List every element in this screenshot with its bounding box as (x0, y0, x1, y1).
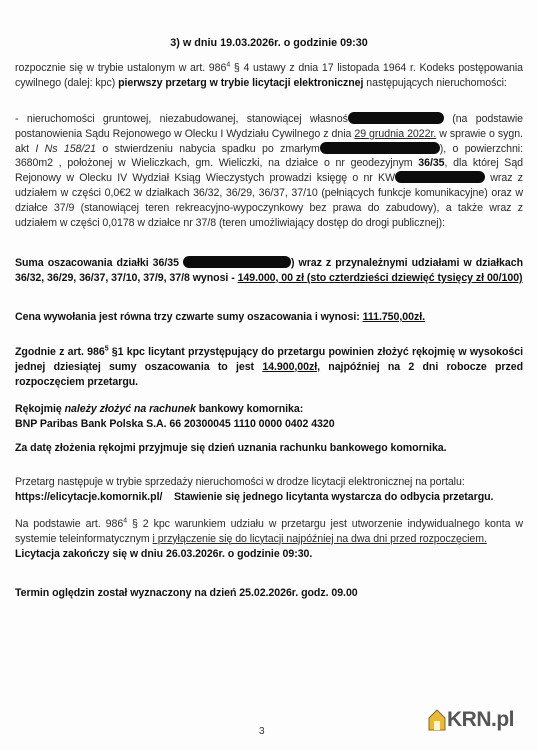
inspection-paragraph: Termin oględzin został wyznaczony na dzi… (15, 586, 523, 601)
redacted-deceased (320, 142, 440, 154)
account-text: bankowy komornika: (196, 403, 303, 415)
deposit-text: Zgodnie z art. 986 (15, 346, 105, 358)
account-paragraph: Rękojmię należy złożyć na rachunek banko… (15, 402, 523, 432)
deposit-amount: 14.900,00zł, (262, 361, 320, 373)
auction-type: pierwszy przetarg w trybie licytacji ele… (118, 77, 363, 89)
portal-url[interactable]: https://elicytacje.komornik.pl/ (15, 491, 162, 503)
starting-price-amount: 111.750,00zł. (363, 311, 425, 323)
starting-price-text: Cena wywołania jest równa trzy czwarte s… (15, 311, 363, 323)
intro-text: rozpocznie się w trybie ustalonym w art.… (15, 62, 226, 74)
bank-account-number: BNP Paribas Bank Polska S.A. 66 20300045… (15, 418, 335, 430)
conditions-paragraph: Na podstawie art. 9864 § 2 kpc warunkiem… (15, 517, 523, 561)
intro-text: następujących nieruchomości: (363, 77, 506, 89)
property-paragraph: - nieruchomości gruntowej, niezabudowane… (15, 112, 523, 230)
redacted-owner (348, 112, 444, 124)
account-text: Rękojmię (15, 403, 65, 415)
property-text: - nieruchomości gruntowej, niezabudowane… (15, 113, 348, 125)
estimate-text: Suma oszacowania działki 36/35 (15, 257, 183, 269)
page-number: 3 (259, 726, 265, 737)
conditions-underlined: i przyłączenie się do licytacji najpóźni… (153, 533, 487, 545)
house-icon (428, 709, 446, 731)
estimate-amount: 149.000, 00 zł (sto czterdzieści dziewię… (238, 272, 523, 284)
account-text: należy złożyć na rachunek (65, 403, 196, 415)
watermark-text: KRN.pl (447, 708, 514, 732)
auction-end-date: Licytacja zakończy się w dniu 26.03.2026… (15, 548, 312, 560)
auction-heading: 3) w dniu 19.03.2026r. o godzinie 09:30 (0, 37, 538, 49)
portal-text: Przetarg następuje w trybie sprzedaży ni… (15, 476, 465, 488)
ruling-date: 29 grudnia 2022r. (354, 128, 436, 140)
starting-price-paragraph: Cena wywołania jest równa trzy czwarte s… (15, 310, 523, 325)
deposit-paragraph: Zgodnie z art. 9865 §1 kpc licytant przy… (15, 345, 523, 389)
portal-paragraph: Przetarg następuje w trybie sprzedaży ni… (15, 475, 523, 505)
portal-text: Stawienie się jednego licytanta wystarcz… (162, 491, 493, 503)
case-number: I Ns 158/21 (35, 143, 96, 155)
deposit-date-paragraph: Za datę złożenia rękojmi przyjmuje się d… (15, 441, 523, 456)
redacted-land-register (395, 171, 485, 183)
conditions-text: Na podstawie art. 986 (15, 518, 123, 530)
document-page: 3) w dniu 19.03.2026r. o godzinie 09:30 … (0, 0, 538, 750)
redacted-estimate-note (183, 256, 291, 268)
intro-paragraph: rozpocznie się w trybie ustalonym w art.… (15, 61, 523, 91)
krn-watermark: KRN.pl (428, 708, 514, 732)
estimate-paragraph: Suma oszacowania działki 36/35 ) wraz z … (15, 256, 523, 286)
parcel-number: 36/35 (418, 157, 444, 169)
property-text: o stwierdzeniu nabycia spadku po zmarłym (96, 143, 320, 155)
